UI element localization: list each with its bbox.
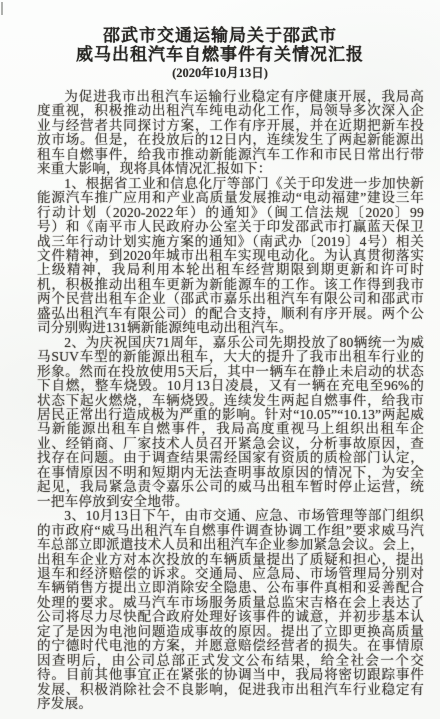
paragraph: 1、根据省工业和信息化厅等部门《关于印发进一步加快新能源汽车推广应用和产业高质量… — [37, 177, 424, 336]
doc-body: 为促进我市出租汽车运输行业稳定有序健康开展，我局高度重视，积极推动出租汽车纯电动… — [0, 90, 440, 711]
body-line: 来重大影响，现将具体情况汇报如下： — [37, 162, 424, 176]
doc-date: (2020年10月13日) — [0, 65, 440, 81]
body-line: 1、根据省工业和信息化厅等部门《关于印发进一步加快新 — [37, 177, 424, 191]
body-line: 公司将尽力尽快配合政府处理好该事件的诚意，并初步基本认 — [37, 610, 424, 624]
body-line: 待。目前其他事宜正在紧张的协调当中，我局将密切跟踪事件 — [37, 668, 424, 682]
doc-header: 邵武市交通运输局关于邵武市 威马出租汽车自燃事件有关情况汇报 (2020年10月… — [0, 0, 440, 81]
body-line: 行动计划（2020-2022年）的通知》（闽工信法规〔2020〕99 — [37, 206, 424, 220]
body-line: 能源汽车推广应用和产业高质量发展推动“电动福建”建设三年 — [37, 191, 424, 205]
paragraph: 3、10月13日下午，由市交通、应急、市场管理等部门组织的市政府“威马出租汽车自… — [37, 509, 424, 711]
body-line: 车总部立即派遣技术人员和出租汽车企业参加紧急会议。会上， — [37, 538, 424, 552]
paragraph: 2、为庆祝国庆71周年，嘉乐公司先期投放了80辆统一为威马SUV车型的新能源出租… — [37, 336, 424, 509]
body-line: 找存在问题。由于调查结果需经国家有资质的质检部门认定， — [37, 451, 424, 465]
body-line: 出租车企业方对本次投放的车辆质量提出了质疑和担心，提出 — [37, 553, 424, 567]
body-line: 一把车停放到安全地带。 — [37, 495, 424, 509]
body-line: 2、为庆祝国庆71周年，嘉乐公司先期投放了80辆统一为威 — [37, 336, 424, 350]
body-line: 马SUV车型的新能源出租车，大大的提升了我市出租车行业的 — [37, 350, 424, 364]
body-line: 两个民营出租车企业（邵武市嘉乐出租汽车有限公司和邵武市 — [37, 292, 424, 306]
body-line: 发展、积极消除社会不良影响，促进我市出租汽车行业稳定有 — [37, 683, 424, 697]
body-line: 号）和《南平市人民政府办公室关于印发邵武市打赢蓝天保卫 — [37, 220, 424, 234]
body-line: 战三年行动计划实施方案的通知》（南武办〔2019〕4号）相关 — [37, 235, 424, 249]
doc-title-line-2: 威马出租汽车自燃事件有关情况汇报 — [0, 45, 440, 64]
document-photo: 邵武市交通运输局关于邵武市 威马出租汽车自燃事件有关情况汇报 (2020年10月… — [0, 0, 440, 719]
body-line: 的宁德时代电池的方案，并愿意赔偿经营者的损失。在事情原 — [37, 639, 424, 653]
scan-edge-artifact — [1, 2, 3, 15]
body-line: 3、10月13日下午，由市交通、应急、市场管理等部门组织 — [37, 509, 424, 523]
body-line: 下自燃，整车烧毁。10月13日凌晨，又有一辆在充电至96%的 — [37, 379, 424, 393]
body-line: 状态下起火燃烧，车辆烧毁。连续发生两起自燃事件，给我市 — [37, 394, 424, 408]
body-line: 起见，我局紧急责令嘉乐公司的威马出租车暂时停止运营，统 — [37, 480, 424, 494]
doc-title-line-1: 邵武市交通运输局关于邵武市 — [0, 26, 440, 45]
body-line: 形象。然而在投放使用5天后，其中一辆车在静止未启动的状态 — [37, 365, 424, 379]
body-line: 马新能源出租车自燃事件，我局高度重视马上组织出租车企 — [37, 422, 424, 436]
body-line: 因查明后，由公司总部正式发文公布结果，给全社会一个交 — [37, 654, 424, 668]
body-line: 序发展。 — [37, 697, 424, 711]
body-line: 上级精神，我局利用本轮出租车经营期限到期更新和许可时 — [37, 263, 424, 277]
body-line: 度重视，积极推动出租汽车纯电动化工作，局领导多次深入企 — [37, 104, 424, 118]
body-line: 车辆销售方提出立即消除安全隐患、公布事件真相和妥善配合 — [37, 581, 424, 595]
body-line: 放市场。但是，在投放后的12日内，连续发生了两起新能源出 — [37, 133, 424, 147]
paragraph: 为促进我市出租汽车运输行业稳定有序健康开展，我局高度重视，积极推动出租汽车纯电动… — [37, 90, 424, 177]
body-line: 司分别购进131辆新能源纯电动出租汽车。 — [37, 321, 424, 335]
body-line: 的市政府“威马出租汽车自燃事件调查协调工作组”要求威马汽 — [37, 524, 424, 538]
